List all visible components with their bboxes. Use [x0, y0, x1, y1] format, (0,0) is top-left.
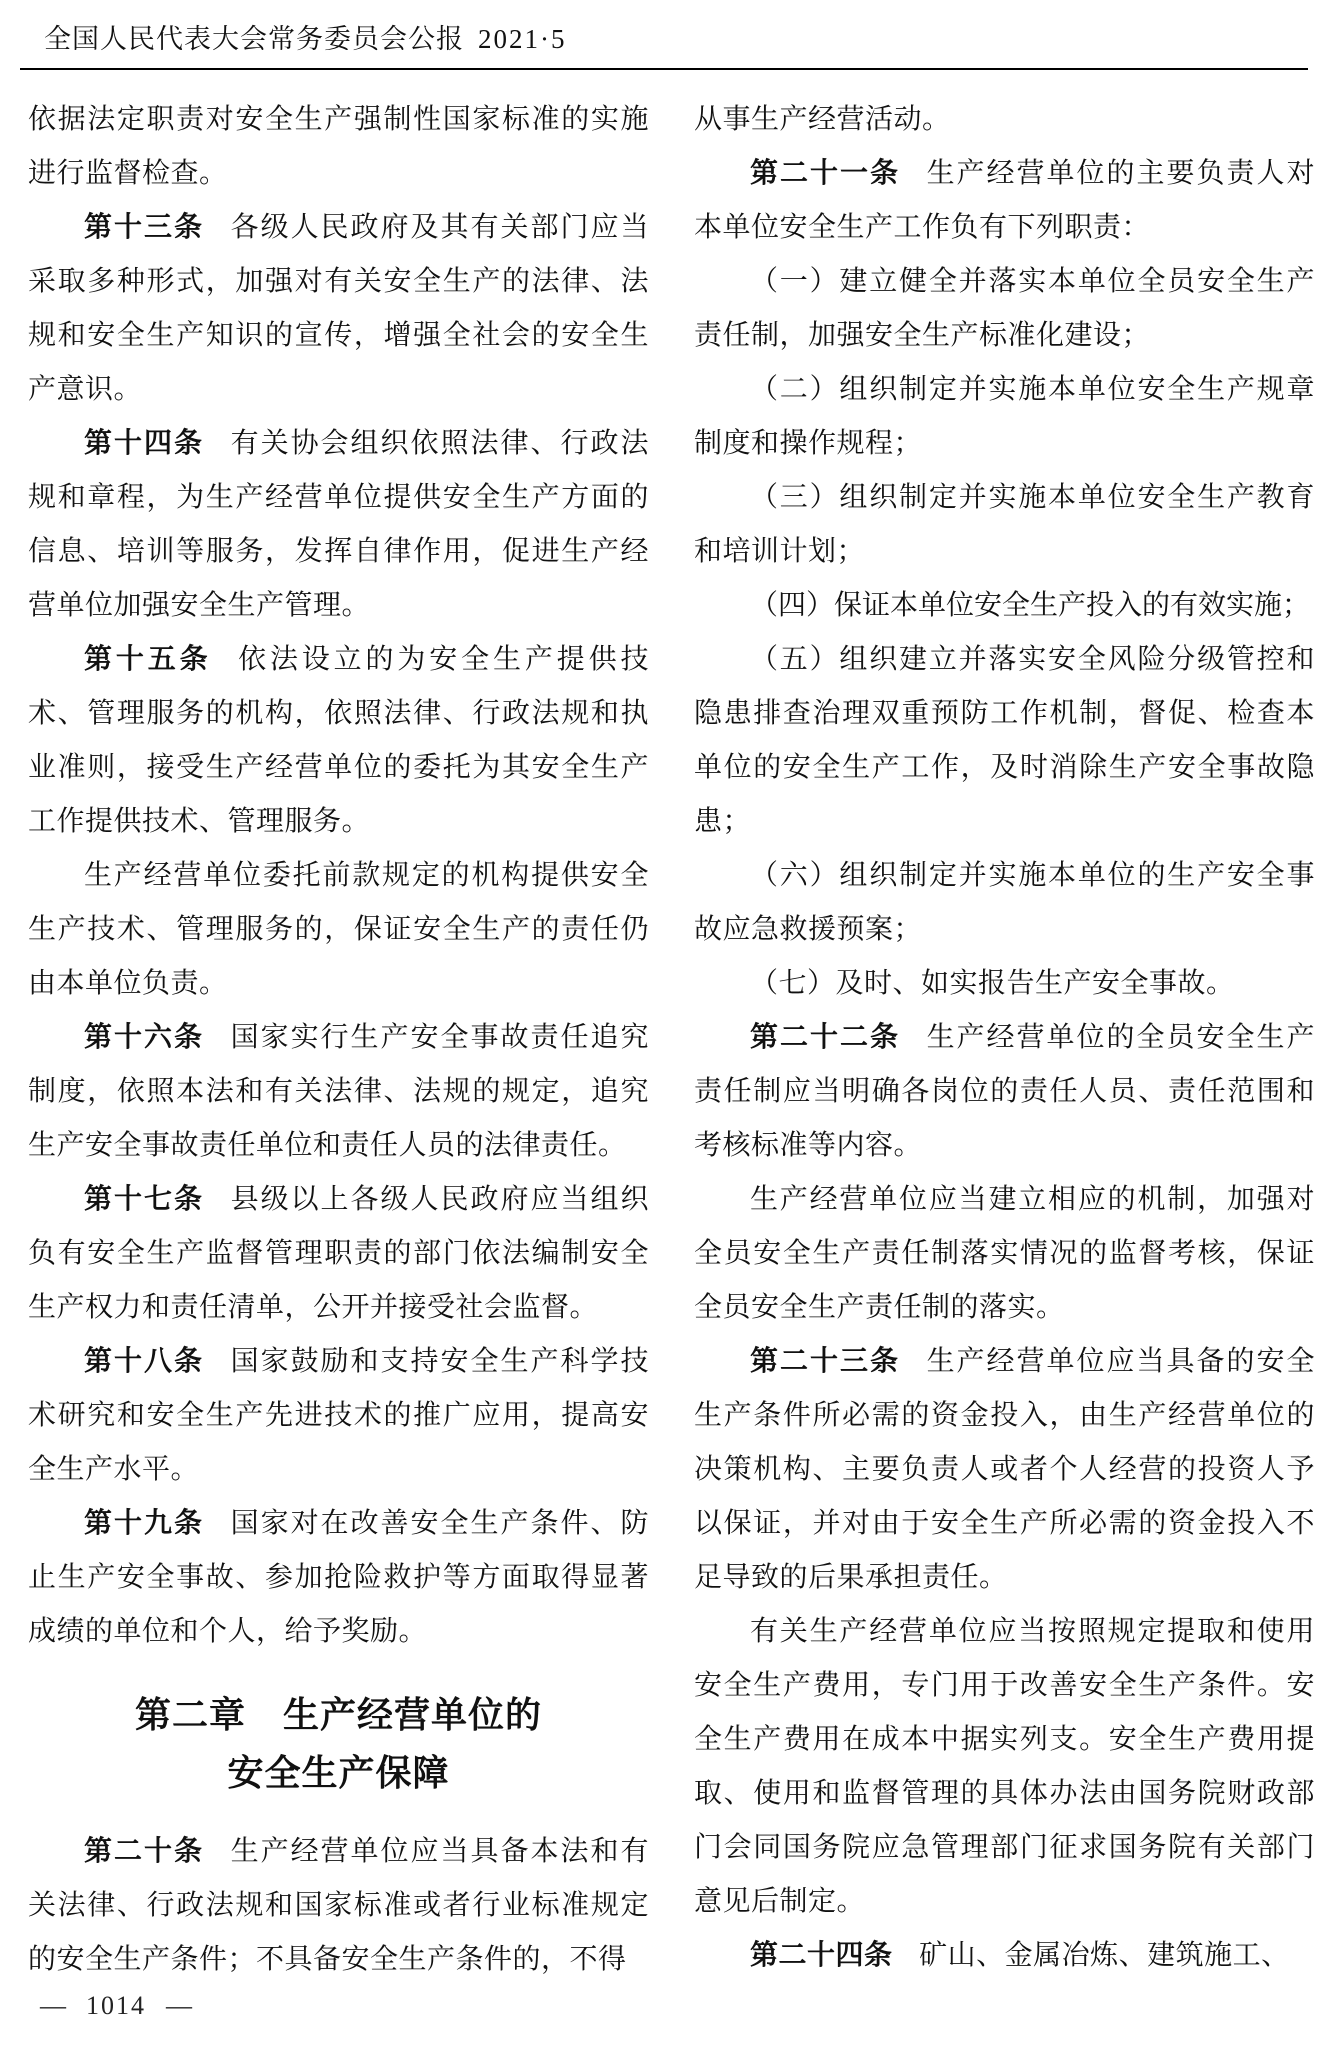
right-column: 从事生产经营活动。第二十一条生产经营单位的主要负责人对本单位安全生产工作负有下列… — [694, 93, 1315, 1983]
article-number: 第十六条 — [84, 1022, 204, 1053]
paragraph: 依据法定职责对安全生产强制性国家标准的实施进行监督检查。 — [28, 93, 649, 201]
chapter-heading: 第二章 生产经营单位的安全生产保障 — [28, 1686, 649, 1802]
page-header: 全国人民代表大会常务委员会公报2021·5 — [44, 22, 567, 56]
paragraph: 生产经营单位应当建立相应的机制，加强对全员安全生产责任制落实情况的监督考核，保证… — [694, 1173, 1315, 1335]
article-number: 第十七条 — [84, 1184, 204, 1215]
article-number: 第二十二条 — [750, 1022, 900, 1053]
article-number: 第十八条 — [84, 1346, 204, 1377]
article-paragraph: 第十七条县级以上各级人民政府应当组织负有安全生产监督管理职责的部门依法编制安全生… — [28, 1173, 649, 1335]
paragraph-text: （七）及时、如实报告生产安全事故。 — [750, 968, 1235, 999]
paragraph-text: （四）保证本单位安全生产投入的有效实施； — [750, 590, 1310, 621]
article-paragraph: 第二十四条矿山、金属冶炼、建筑施工、 — [694, 1929, 1315, 1983]
paragraph: （一）建立健全并落实本单位全员安全生产责任制，加强安全生产标准化建设； — [694, 255, 1315, 363]
paragraph: （七）及时、如实报告生产安全事故。 — [694, 957, 1315, 1011]
paragraph: （六）组织制定并实施本单位的生产安全事故应急救援预案； — [694, 849, 1315, 957]
article-paragraph: 第十九条国家对在改善安全生产条件、防止生产安全事故、参加抢险救护等方面取得显著成… — [28, 1497, 649, 1659]
footer-dash-right: — — [166, 1991, 192, 2020]
article-number: 第十四条 — [84, 428, 204, 459]
article-number: 第二十三条 — [750, 1346, 900, 1377]
paragraph-text: （一）建立健全并落实本单位全员安全生产责任制，加强安全生产标准化建设； — [694, 266, 1315, 351]
article-paragraph: 第十八条国家鼓励和支持安全生产科学技术研究和安全生产先进技术的推广应用，提高安全… — [28, 1335, 649, 1497]
paragraph: （五）组织建立并落实安全风险分级管控和隐患排查治理双重预防工作机制，督促、检查本… — [694, 633, 1315, 849]
footer-dash-left: — — [40, 1991, 66, 2020]
article-number: 第十三条 — [84, 212, 204, 243]
paragraph: 有关生产经营单位应当按照规定提取和使用安全生产费用，专门用于改善安全生产条件。安… — [694, 1605, 1315, 1929]
article-number: 第二十一条 — [750, 158, 900, 189]
article-paragraph: 第二十二条生产经营单位的全员安全生产责任制应当明确各岗位的责任人员、责任范围和考… — [694, 1011, 1315, 1173]
paragraph-text: 依据法定职责对安全生产强制性国家标准的实施进行监督检查。 — [28, 104, 649, 189]
paragraph: 从事生产经营活动。 — [694, 93, 1315, 147]
chapter-heading-line: 第二章 生产经营单位的 — [28, 1686, 649, 1744]
chapter-heading-line: 安全生产保障 — [28, 1744, 649, 1802]
article-paragraph: 第二十一条生产经营单位的主要负责人对本单位安全生产工作负有下列职责： — [694, 147, 1315, 255]
paragraph-text: （五）组织建立并落实安全风险分级管控和隐患排查治理双重预防工作机制，督促、检查本… — [694, 644, 1315, 837]
article-paragraph: 第十四条有关协会组织依照法律、行政法规和章程，为生产经营单位提供安全生产方面的信… — [28, 417, 649, 633]
article-paragraph: 第二十三条生产经营单位应当具备的安全生产条件所必需的资金投入，由生产经营单位的决… — [694, 1335, 1315, 1605]
paragraph-text: （二）组织制定并实施本单位安全生产规章制度和操作规程； — [694, 374, 1315, 459]
gazette-title: 全国人民代表大会常务委员会公报 — [44, 24, 464, 54]
paragraph-text: （三）组织制定并实施本单位安全生产教育和培训计划； — [694, 482, 1315, 567]
left-column: 依据法定职责对安全生产强制性国家标准的实施进行监督检查。第十三条各级人民政府及其… — [28, 93, 649, 1987]
article-number: 第二十条 — [84, 1836, 204, 1867]
page-number: 1014 — [86, 1991, 146, 2020]
paragraph: （二）组织制定并实施本单位安全生产规章制度和操作规程； — [694, 363, 1315, 471]
paragraph-text: 生产经营单位应当具备的安全生产条件所必需的资金投入，由生产经营单位的决策机构、主… — [694, 1346, 1315, 1593]
page-footer: —1014— — [40, 1986, 192, 2026]
paragraph: （四）保证本单位安全生产投入的有效实施； — [694, 579, 1315, 633]
article-number: 第二十四条 — [750, 1940, 893, 1971]
paragraph-text: （六）组织制定并实施本单位的生产安全事故应急救援预案； — [694, 860, 1315, 945]
article-paragraph: 第十五条依法设立的为安全生产提供技术、管理服务的机构，依照法律、行政法规和执业准… — [28, 633, 649, 849]
article-number: 第十九条 — [84, 1508, 204, 1539]
article-paragraph: 第十六条国家实行生产安全事故责任追究制度，依照本法和有关法律、法规的规定，追究生… — [28, 1011, 649, 1173]
article-paragraph: 第十三条各级人民政府及其有关部门应当采取多种形式，加强对有关安全生产的法律、法规… — [28, 201, 649, 417]
gazette-issue: 2021·5 — [478, 24, 567, 54]
paragraph-text: 矿山、金属冶炼、建筑施工、 — [919, 1940, 1290, 1971]
header-rule — [20, 68, 1308, 70]
paragraph: （三）组织制定并实施本单位安全生产教育和培训计划； — [694, 471, 1315, 579]
article-paragraph: 第二十条生产经营单位应当具备本法和有关法律、行政法规和国家标准或者行业标准规定的… — [28, 1825, 649, 1987]
paragraph-text: 有关生产经营单位应当按照规定提取和使用安全生产费用，专门用于改善安全生产条件。安… — [694, 1616, 1315, 1917]
gazette-page: 全国人民代表大会常务委员会公报2021·5 依据法定职责对安全生产强制性国家标准… — [0, 0, 1335, 2055]
paragraph-text: 从事生产经营活动。 — [694, 104, 951, 135]
article-number: 第十五条 — [84, 644, 211, 675]
paragraph: 生产经营单位委托前款规定的机构提供安全生产技术、管理服务的，保证安全生产的责任仍… — [28, 849, 649, 1011]
paragraph-text: 生产经营单位委托前款规定的机构提供安全生产技术、管理服务的，保证安全生产的责任仍… — [28, 860, 649, 999]
paragraph-text: 生产经营单位应当建立相应的机制，加强对全员安全生产责任制落实情况的监督考核，保证… — [694, 1184, 1315, 1323]
